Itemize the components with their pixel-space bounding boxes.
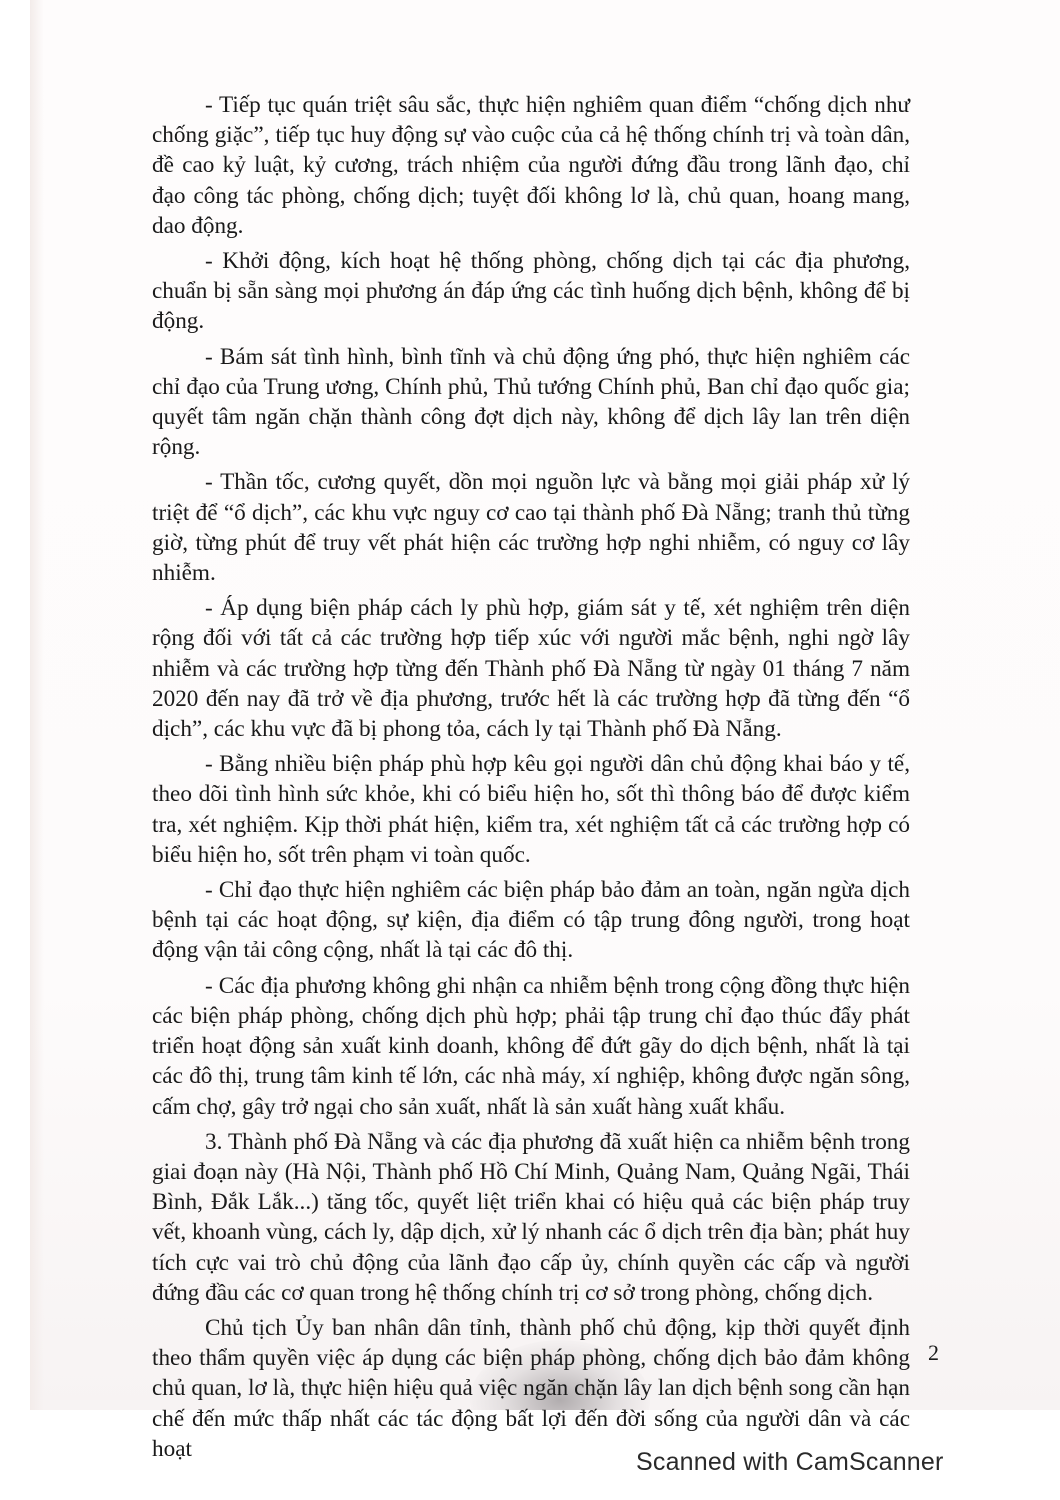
paragraph-3: - Bám sát tình hình, bình tĩnh và chủ độ… bbox=[152, 342, 910, 463]
paragraph-10: Chủ tịch Ủy ban nhân dân tỉnh, thành phố… bbox=[152, 1313, 910, 1464]
paragraph-5: - Áp dụng biện pháp cách ly phù hợp, giá… bbox=[152, 593, 910, 744]
paragraph-1: - Tiếp tục quán triệt sâu sắc, thực hiện… bbox=[152, 90, 910, 241]
document-body: - Tiếp tục quán triệt sâu sắc, thực hiện… bbox=[152, 90, 910, 1469]
paragraph-4: - Thần tốc, cương quyết, dồn mọi nguồn l… bbox=[152, 467, 910, 588]
paragraph-9: 3. Thành phố Đà Nẵng và các địa phương đ… bbox=[152, 1127, 910, 1308]
paragraph-2: - Khởi động, kích hoạt hệ thống phòng, c… bbox=[152, 246, 910, 337]
camscanner-watermark: Scanned with CamScanner bbox=[636, 1448, 944, 1477]
paragraph-6: - Bằng nhiều biện pháp phù hợp kêu gọi n… bbox=[152, 749, 910, 870]
page-number: 2 bbox=[928, 1340, 939, 1366]
paragraph-8: - Các địa phương không ghi nhận ca nhiễm… bbox=[152, 971, 910, 1122]
paragraph-7: - Chỉ đạo thực hiện nghiêm các biện pháp… bbox=[152, 875, 910, 966]
